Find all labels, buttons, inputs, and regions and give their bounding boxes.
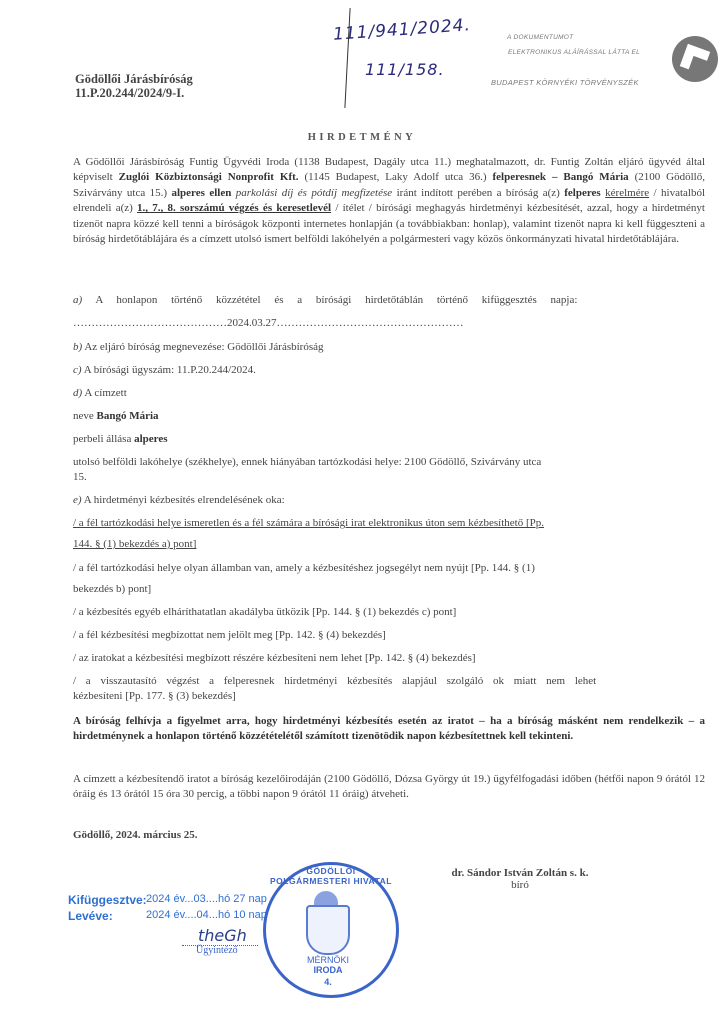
seal-office-line-2: IRODA — [293, 965, 363, 975]
reason-6-line-2: kézbesíteni [Pp. 177. § (3) bekezdés] — [73, 690, 705, 702]
section-c-text: A bírósági ügyszám: 11.P.20.244/2024. — [84, 364, 256, 376]
role-label: perbeli állása — [73, 433, 134, 445]
pickup-info: A címzett a kézbesítendő iratot a bírósá… — [73, 772, 705, 803]
section-a: a) A honlapon történő közzététel és a bí… — [73, 294, 705, 306]
intro-text: (1145 Budapest, Laky Adolf utca 36.) — [299, 171, 493, 183]
case-subject: parkolási díj és pótdíj megfizetése — [231, 187, 392, 199]
name-value: Bangó Mária — [97, 410, 159, 422]
recipient-address: utolsó belföldi lakóhelye (székhelye), e… — [73, 456, 705, 468]
handwritten-registry-number: 111/941/2024. — [332, 15, 471, 45]
section-e: e) A hirdetményi kézbesítés elrendelésén… — [73, 494, 705, 506]
court-logo-icon — [672, 36, 718, 82]
section-d: d) A címzett — [73, 387, 705, 399]
posting-date-line: ……………………………………2024.03.27…………………………………………… — [73, 317, 705, 329]
reason-4: / a fél kézbesítési megbízottat nem jelö… — [73, 629, 705, 641]
section-e-text: A hirdetményi kézbesítés elrendelésének … — [84, 494, 285, 506]
removed-value: 2024 év....04...hó 10 nap — [146, 909, 267, 921]
section-a-text: A honlapon történő közzététel és a bírós… — [95, 294, 577, 306]
coat-of-arms-icon — [306, 905, 350, 955]
posted-value: 2024 év...03....hó 27 nap — [146, 893, 267, 905]
esign-line-2: ELEKTRONIKUS ALÁÍRÁSSAL LÁTTA EL — [508, 49, 640, 56]
reason-1-line-2: 144. § (1) bekezdés a) pont] — [73, 538, 705, 550]
legal-notice: A bíróság felhívja a figyelmet arra, hog… — [73, 714, 705, 745]
defendant-role: alperes ellen — [172, 187, 232, 199]
reason-1-line-1: / a fél tartózkodási helye ismeretlen és… — [73, 517, 705, 529]
request-word: kérelmére — [605, 187, 649, 199]
posted-label: Kifüggesztve: — [68, 893, 147, 907]
judge-name: dr. Sándor István Zoltán s. k. — [400, 867, 640, 879]
recipient-name: neve Bangó Mária — [73, 410, 705, 422]
plaintiff-name: Zuglói Közbiztonsági Nonprofit Kft. — [119, 171, 299, 183]
reason-5: / az iratokat a kézbesítési megbízott ré… — [73, 652, 705, 664]
reason-6-line-1: / a visszautasító végzést a felperesnek … — [73, 675, 705, 687]
section-a-label: a) — [73, 294, 82, 306]
role-value: alperes — [134, 433, 167, 445]
seal-ring-text: GÖDÖLLŐI POLGÁRMESTERI HIVATAL — [268, 866, 394, 886]
section-b-label: b) — [73, 341, 82, 353]
clerk-signature: theGh — [198, 926, 247, 945]
seal-office-line-1: MÉRNÖKI — [293, 955, 363, 965]
judge-title: bíró — [400, 879, 640, 891]
recipient-role: perbeli állása alperes — [73, 433, 705, 445]
place-date: Gödöllő, 2024. március 25. — [73, 829, 705, 841]
removed-label: Levéve: — [68, 909, 113, 923]
judge-signature: dr. Sándor István Zoltán s. k. bíró — [400, 867, 640, 891]
document-numbers: 1., 7., 8. sorszámú végzés és keresetlev… — [137, 202, 331, 214]
section-c: c) A bírósági ügyszám: 11.P.20.244/2024. — [73, 364, 705, 376]
seal-number: 4. — [293, 977, 363, 987]
section-c-label: c) — [73, 364, 82, 376]
intro-text: iránt indított perében a bíróság a(z) — [392, 187, 564, 199]
clerk-label: Ügyintéző — [196, 945, 238, 956]
name-label: neve — [73, 410, 97, 422]
court-name: Gödöllői Járásbíróság — [75, 72, 193, 86]
reason-2-line-1: / a fél tartózkodási helye olyan államba… — [73, 562, 705, 574]
court-header: Gödöllői Járásbíróság 11.P.20.244/2024/9… — [75, 72, 193, 100]
reason-2-line-2: bekezdés b) pont] — [73, 583, 705, 595]
esign-line-1: A DOKUMENTUMOT — [507, 34, 573, 41]
document-title: HIRDETMÉNY — [0, 132, 724, 143]
handwritten-sub-number: 111/158. — [365, 60, 445, 79]
recipient-address-cont: 15. — [73, 471, 705, 483]
plaintiff-defendant: felperesnek – Bangó Mária — [492, 171, 628, 183]
section-b: b) Az eljáró bíróság megnevezése: Gödöll… — [73, 341, 705, 353]
section-d-text: A címzett — [84, 387, 126, 399]
plaintiff-word: felperes — [564, 187, 600, 199]
case-reference: 11.P.20.244/2024/9-I. — [75, 86, 193, 100]
intro-paragraph: A Gödöllői Járásbíróság Funtig Ügyvédi I… — [73, 155, 705, 247]
section-e-label: e) — [73, 494, 82, 506]
section-b-text: Az eljáró bíróság megnevezése: Gödöllői … — [84, 341, 323, 353]
esign-court: BUDAPEST KÖRNYÉKI TÖRVÉNYSZÉK — [491, 78, 639, 87]
section-d-label: d) — [73, 387, 82, 399]
reason-3: / a kézbesítés egyéb elháríthatatlan aka… — [73, 606, 705, 618]
